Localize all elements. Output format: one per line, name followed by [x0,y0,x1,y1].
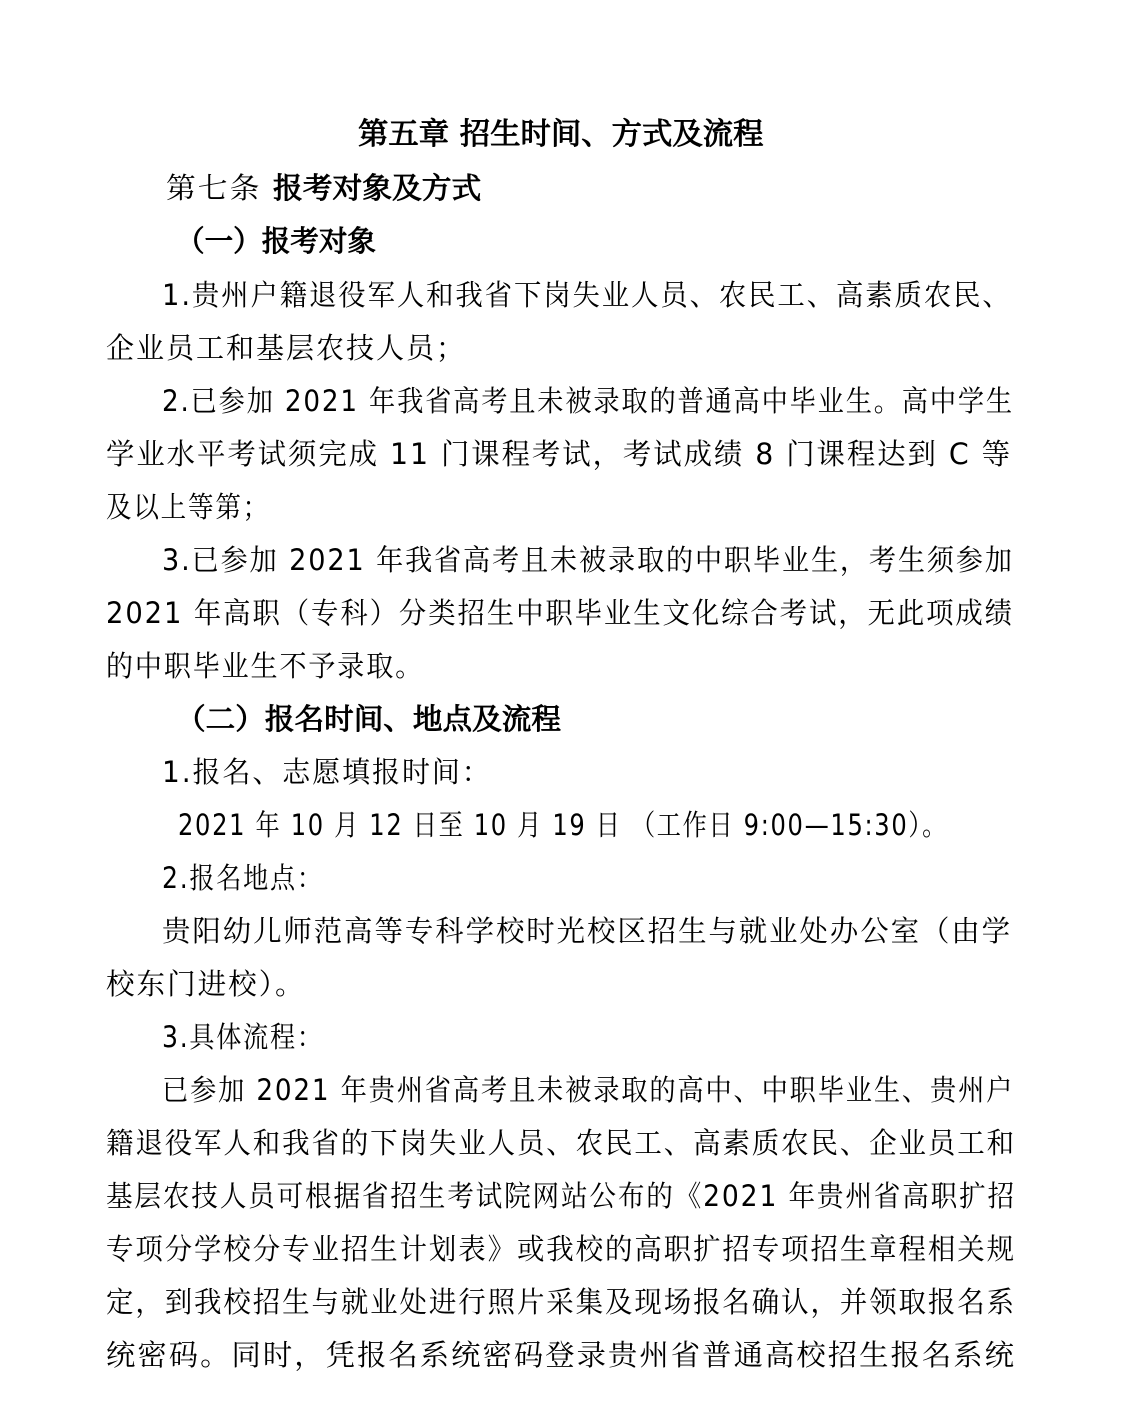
article-label: 第七条 [166,171,261,205]
article-title: 报考对象及方式 [273,171,481,205]
paragraph-line: 基层农技人员可根据省招生考试院网站公布的《2021 年贵州省高职扩招 [106,1176,1016,1216]
item-label: 3.具体流程： [162,1017,324,1057]
paragraph-line: 学业水平考试须完成 11 门课程考试，考试成绩 8 门课程达到 C 等 [106,434,1012,474]
registration-location: 贵阳幼儿师范高等专科学校时光校区招生与就业处办公室（由学 [162,911,1012,951]
article-heading: 第七条 报考对象及方式 [166,168,481,208]
paragraph-line: 定，到我校招生与就业处进行照片采集及现场报名确认，并领取报名系 [106,1282,1016,1322]
paragraph-line: 企业员工和基层农技人员； [106,328,466,368]
paragraph-line: 2021 年高职（专科）分类招生中职毕业生文化综合考试，无此项成绩 [106,593,1014,633]
item-label: 1.报名、志愿填报时间： [162,752,492,792]
paragraph-line: 的中职毕业生不予录取。 [106,646,424,686]
registration-time: 2021 年 10 月 12 日至 10 月 19 日 （工作日 9:00—15… [178,805,948,845]
paragraph-line: 专项分学校分专业招生计划表》或我校的高职扩招专项招生章程相关规 [106,1229,1016,1269]
paragraph-line: 2.已参加 2021 年我省高考且未被录取的普通高中毕业生。高中学生 [162,381,1014,421]
paragraph-line: 已参加 2021 年贵州省高考且未被录取的高中、中职毕业生、贵州户 [162,1070,1014,1110]
paragraph-line: 及以上等第； [106,487,270,527]
paragraph-line: 统密码。同时，凭报名系统密码登录贵州省普通高校招生报名系统 [106,1335,1016,1375]
section-heading-2: （二）报名时间、地点及流程 [176,699,561,739]
paragraph-line: 3.已参加 2021 年我省高考且未被录取的中职毕业生，考生须参加 [162,540,1014,580]
section-heading-1: （一）报考对象 [176,221,376,261]
document-page: 第五章 招生时间、方式及流程 第七条 报考对象及方式 （一）报考对象 1.贵州户… [0,0,1124,1408]
chapter-title: 第五章 招生时间、方式及流程 [358,115,763,155]
paragraph-line: 1.贵州户籍退役军人和我省下岗失业人员、农民工、高素质农民、 [162,275,1012,315]
paragraph-line: 籍退役军人和我省的下岗失业人员、农民工、高素质农民、企业员工和 [106,1123,1016,1163]
item-label: 2.报名地点： [162,858,324,898]
registration-location: 校东门进校）。 [106,964,306,1004]
